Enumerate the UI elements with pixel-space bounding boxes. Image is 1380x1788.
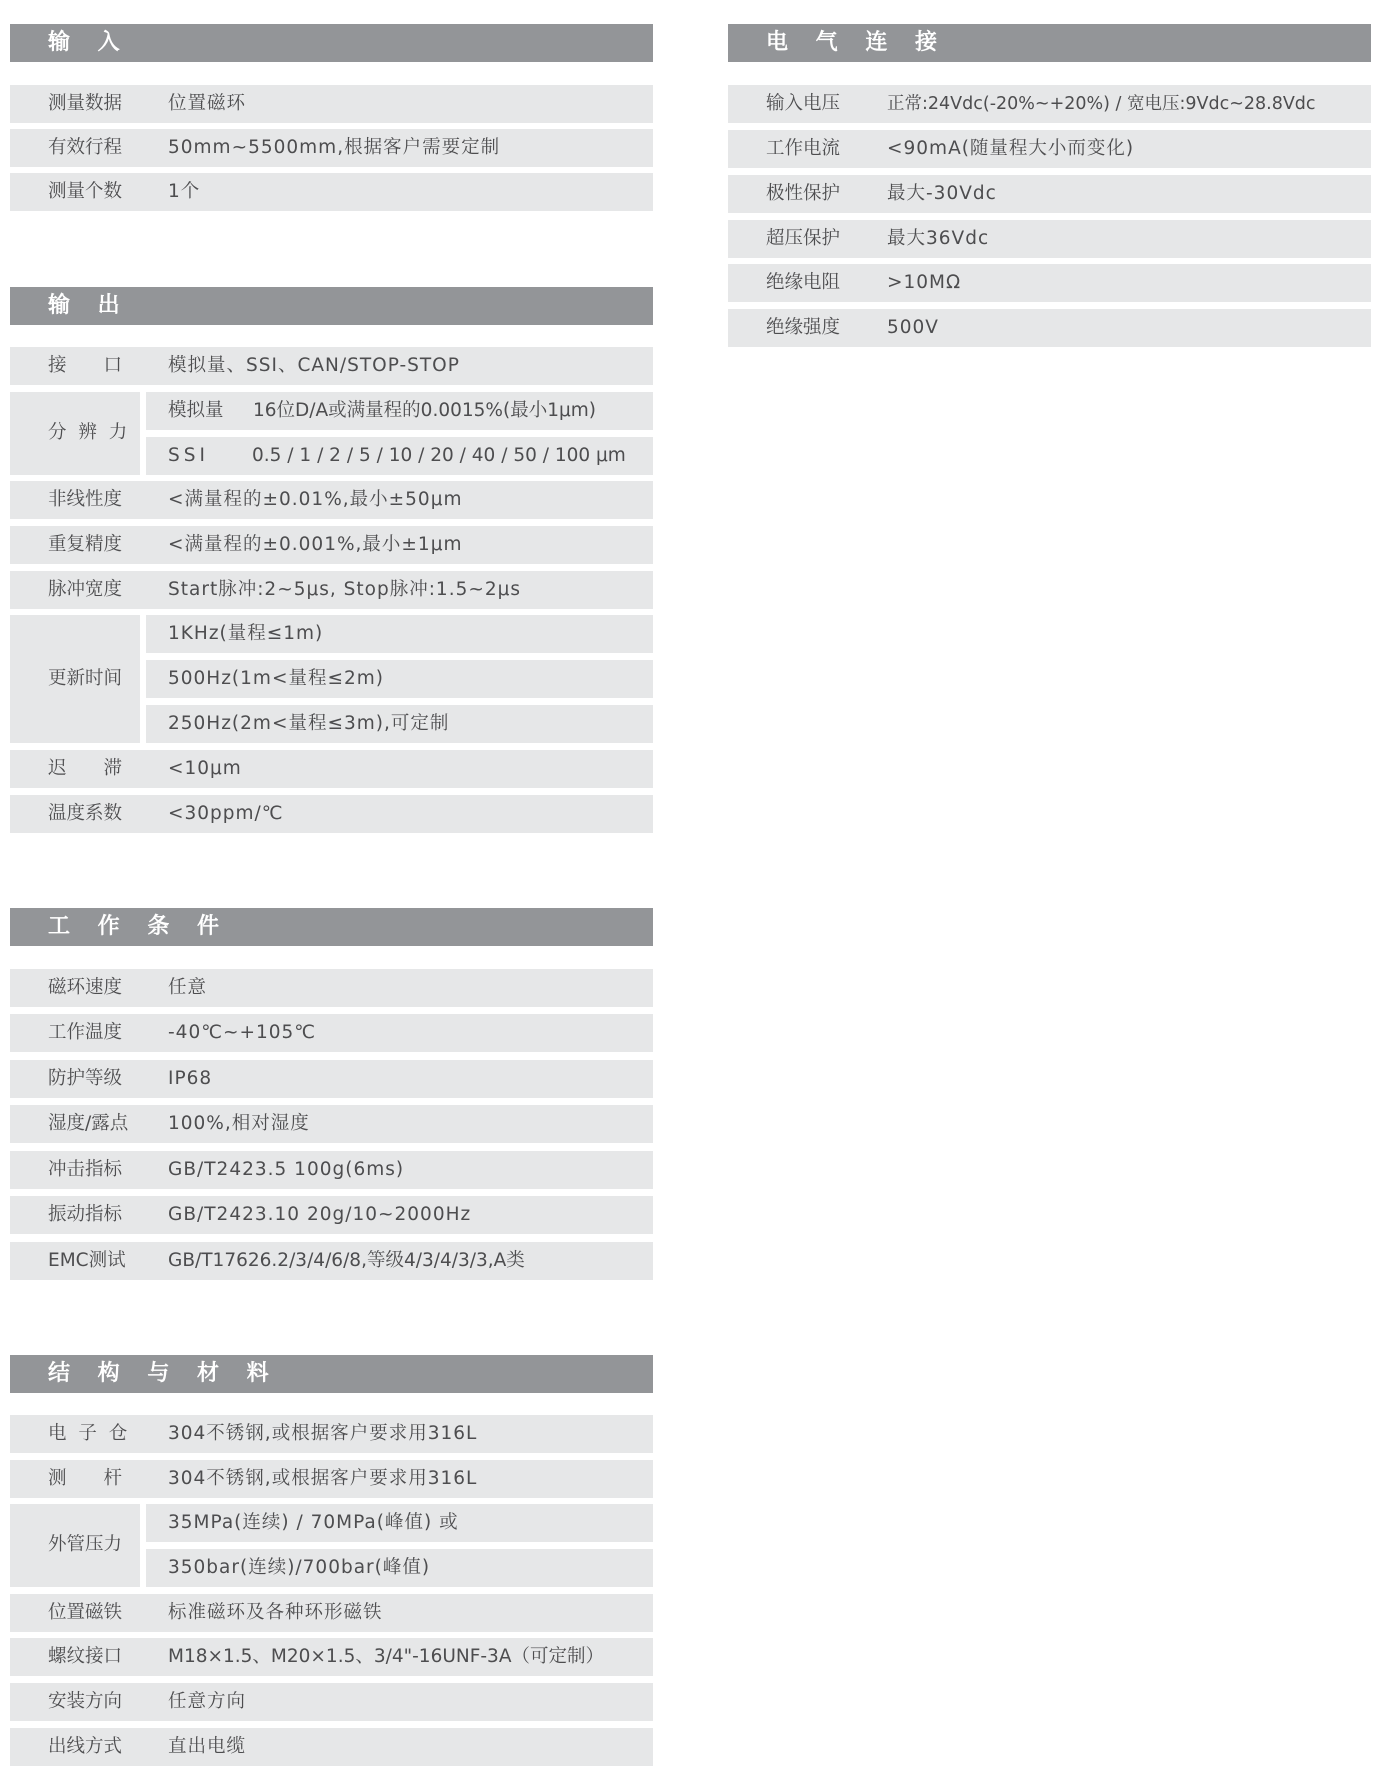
spec-value: 500V <box>887 309 939 347</box>
spec-value: GB/T2423.10 20g/10~2000Hz <box>168 1196 471 1234</box>
spec-label-cell-resolution: 分 辨 力 <box>10 392 140 475</box>
section-header-work-conditions: 工 作 条 件 <box>10 908 653 946</box>
spec-label: 工作温度 <box>48 1014 122 1052</box>
spec-label: 温度系数 <box>48 795 122 833</box>
spec-value: <满量程的±0.01%,最小±50μm <box>168 481 463 519</box>
spec-value: 位置磁环 <box>168 85 246 123</box>
spec-value: 250Hz(2m<量程≤3m),可定制 <box>168 705 449 743</box>
spec-label: 非线性度 <box>48 481 122 519</box>
section-title: 输 入 <box>48 24 130 62</box>
spec-label: 极性保护 <box>766 175 840 213</box>
section-header-input: 输 入 <box>10 24 653 62</box>
spec-row: 绝缘电阻 >10MΩ <box>728 264 1371 302</box>
spec-value: IP68 <box>168 1060 212 1098</box>
spec-subname: 模拟量 <box>168 392 224 430</box>
spec-label: 磁环速度 <box>48 969 122 1007</box>
spec-value: GB/T2423.5 100g(6ms) <box>168 1151 404 1189</box>
spec-row: 测量数据 位置磁环 <box>10 85 653 123</box>
spec-subrow: 250Hz(2m<量程≤3m),可定制 <box>146 705 653 743</box>
spec-value: 35MPa(连续) / 70MPa(峰值) 或 <box>168 1504 459 1542</box>
spec-row-rod: 测 杆 304不锈钢,或根据客户要求用316L <box>10 1460 653 1498</box>
spec-subname: SSI <box>168 437 209 475</box>
spec-row-hysteresis: 迟 滞 <10μm <box>10 750 653 788</box>
spec-label: 测量个数 <box>48 173 122 211</box>
spec-value: 304不锈钢,或根据客户要求用316L <box>168 1460 477 1498</box>
spec-value: <10μm <box>168 750 242 788</box>
spec-value: 16位D/A或满量程的0.0015%(最小1μm) <box>253 392 596 430</box>
spec-value: 1个 <box>168 173 200 211</box>
spec-row: 有效行程 50mm~5500mm,根据客户需要定制 <box>10 129 653 167</box>
spec-value: Start脉冲:2~5μs, Stop脉冲:1.5~2μs <box>168 571 521 609</box>
spec-label: 安装方向 <box>48 1683 122 1721</box>
spec-label: 重复精度 <box>48 526 122 564</box>
spec-label: 冲击指标 <box>48 1151 122 1189</box>
section-title: 输 出 <box>48 287 130 325</box>
spec-label: 绝缘电阻 <box>766 264 840 302</box>
section-header-output: 输 出 <box>10 287 653 325</box>
spec-value: 0.5 / 1 / 2 / 5 / 10 / 20 / 40 / 50 / 10… <box>252 437 626 475</box>
spec-label: 出线方式 <box>48 1728 122 1766</box>
spec-value: 直出电缆 <box>168 1728 246 1766</box>
spec-label: 迟 滞 <box>48 750 122 788</box>
spec-label: 电 子 仓 <box>48 1415 130 1453</box>
spec-value: 任意方向 <box>168 1683 246 1721</box>
spec-label: 测 杆 <box>48 1460 122 1498</box>
spec-row-pulse-width: 脉冲宽度 Start脉冲:2~5μs, Stop脉冲:1.5~2μs <box>10 571 653 609</box>
spec-row-nonlinearity: 非线性度 <满量程的±0.01%,最小±50μm <box>10 481 653 519</box>
spec-value: 350bar(连续)/700bar(峰值) <box>168 1549 430 1587</box>
spec-row: 工作电流 <90mA(随量程大小而变化) <box>728 130 1371 168</box>
spec-value: 模拟量、SSI、CAN/STOP-STOP <box>168 347 460 385</box>
spec-value: GB/T17626.2/3/4/6/8,等级4/3/4/3/3,A类 <box>168 1242 525 1280</box>
spec-label: 绝缘强度 <box>766 309 840 347</box>
spec-label: 防护等级 <box>48 1060 122 1098</box>
spec-row: 防护等级 IP68 <box>10 1060 653 1098</box>
spec-row-repeatability: 重复精度 <满量程的±0.001%,最小±1μm <box>10 526 653 564</box>
spec-row-interface: 接 口 模拟量、SSI、CAN/STOP-STOP <box>10 347 653 385</box>
spec-row-cable: 出线方式 直出电缆 <box>10 1728 653 1766</box>
section-title: 工 作 条 件 <box>48 908 229 946</box>
spec-label: 分 辨 力 <box>48 414 130 452</box>
spec-label: 螺纹接口 <box>48 1638 122 1676</box>
section-title: 电 气 连 接 <box>766 24 947 62</box>
spec-value: 正常:24Vdc(-20%~+20%) / 宽电压:9Vdc~28.8Vdc <box>887 85 1316 123</box>
spec-label: EMC测试 <box>48 1242 126 1280</box>
spec-row: 极性保护 最大-30Vdc <box>728 175 1371 213</box>
spec-row-magnet: 位置磁铁 标准磁环及各种环形磁铁 <box>10 1594 653 1632</box>
spec-row: 超压保护 最大36Vdc <box>728 220 1371 258</box>
spec-label: 外管压力 <box>48 1526 122 1564</box>
spec-label: 更新时间 <box>48 660 122 698</box>
spec-row: 测量个数 1个 <box>10 173 653 211</box>
spec-label-cell-update-time: 更新时间 <box>10 615 140 743</box>
spec-label: 测量数据 <box>48 85 122 123</box>
spec-row-thread: 螺纹接口 M18×1.5、M20×1.5、3/4"-16UNF-3A（可定制） <box>10 1638 653 1676</box>
spec-value: 100%,相对湿度 <box>168 1105 310 1143</box>
spec-label: 接 口 <box>48 347 122 385</box>
spec-value: 50mm~5500mm,根据客户需要定制 <box>168 129 500 167</box>
spec-value: >10MΩ <box>887 264 961 302</box>
spec-label: 湿度/露点 <box>48 1105 128 1143</box>
spec-row: 磁环速度 任意 <box>10 969 653 1007</box>
section-header-structure: 结 构 与 材 料 <box>10 1355 653 1393</box>
spec-value: <90mA(随量程大小而变化) <box>887 130 1134 168</box>
spec-row: 输入电压 正常:24Vdc(-20%~+20%) / 宽电压:9Vdc~28.8… <box>728 85 1371 123</box>
spec-value: <30ppm/℃ <box>168 795 284 833</box>
spec-value: 最大36Vdc <box>887 220 989 258</box>
spec-value: -40℃~+105℃ <box>168 1014 316 1052</box>
spec-label: 振动指标 <box>48 1196 122 1234</box>
spec-row: 绝缘强度 500V <box>728 309 1371 347</box>
section-title: 结 构 与 材 料 <box>48 1355 279 1393</box>
spec-label: 输入电压 <box>766 85 840 123</box>
spec-label: 位置磁铁 <box>48 1594 122 1632</box>
spec-row: 振动指标 GB/T2423.10 20g/10~2000Hz <box>10 1196 653 1234</box>
spec-subrow: 350bar(连续)/700bar(峰值) <box>146 1549 653 1587</box>
spec-label-cell-pressure: 外管压力 <box>10 1504 140 1587</box>
section-header-electrical: 电 气 连 接 <box>728 24 1371 62</box>
spec-value: 任意 <box>168 969 207 1007</box>
spec-subrow: 500Hz(1m<量程≤2m) <box>146 660 653 698</box>
spec-value: 304不锈钢,或根据客户要求用316L <box>168 1415 477 1453</box>
spec-row: EMC测试 GB/T17626.2/3/4/6/8,等级4/3/4/3/3,A类 <box>10 1242 653 1280</box>
spec-label: 超压保护 <box>766 220 840 258</box>
spec-row-electronics: 电 子 仓 304不锈钢,或根据客户要求用316L <box>10 1415 653 1453</box>
spec-row: 冲击指标 GB/T2423.5 100g(6ms) <box>10 1151 653 1189</box>
spec-row: 湿度/露点 100%,相对湿度 <box>10 1105 653 1143</box>
spec-subrow: 1KHz(量程≤1m) <box>146 615 653 653</box>
spec-row: 工作温度 -40℃~+105℃ <box>10 1014 653 1052</box>
spec-label: 工作电流 <box>766 130 840 168</box>
spec-row-temp-coef: 温度系数 <30ppm/℃ <box>10 795 653 833</box>
spec-value: 1KHz(量程≤1m) <box>168 615 323 653</box>
spec-value: 标准磁环及各种环形磁铁 <box>168 1594 383 1632</box>
spec-value: <满量程的±0.001%,最小±1μm <box>168 526 463 564</box>
spec-subrow: 35MPa(连续) / 70MPa(峰值) 或 <box>146 1504 653 1542</box>
spec-subrow: 模拟量 16位D/A或满量程的0.0015%(最小1μm) <box>146 392 653 430</box>
spec-subrow: SSI 0.5 / 1 / 2 / 5 / 10 / 20 / 40 / 50 … <box>146 437 653 475</box>
spec-value: 最大-30Vdc <box>887 175 997 213</box>
spec-label: 有效行程 <box>48 129 122 167</box>
spec-value: 500Hz(1m<量程≤2m) <box>168 660 384 698</box>
spec-label: 脉冲宽度 <box>48 571 122 609</box>
spec-row-mounting: 安装方向 任意方向 <box>10 1683 653 1721</box>
spec-value: M18×1.5、M20×1.5、3/4"-16UNF-3A（可定制） <box>168 1638 604 1676</box>
